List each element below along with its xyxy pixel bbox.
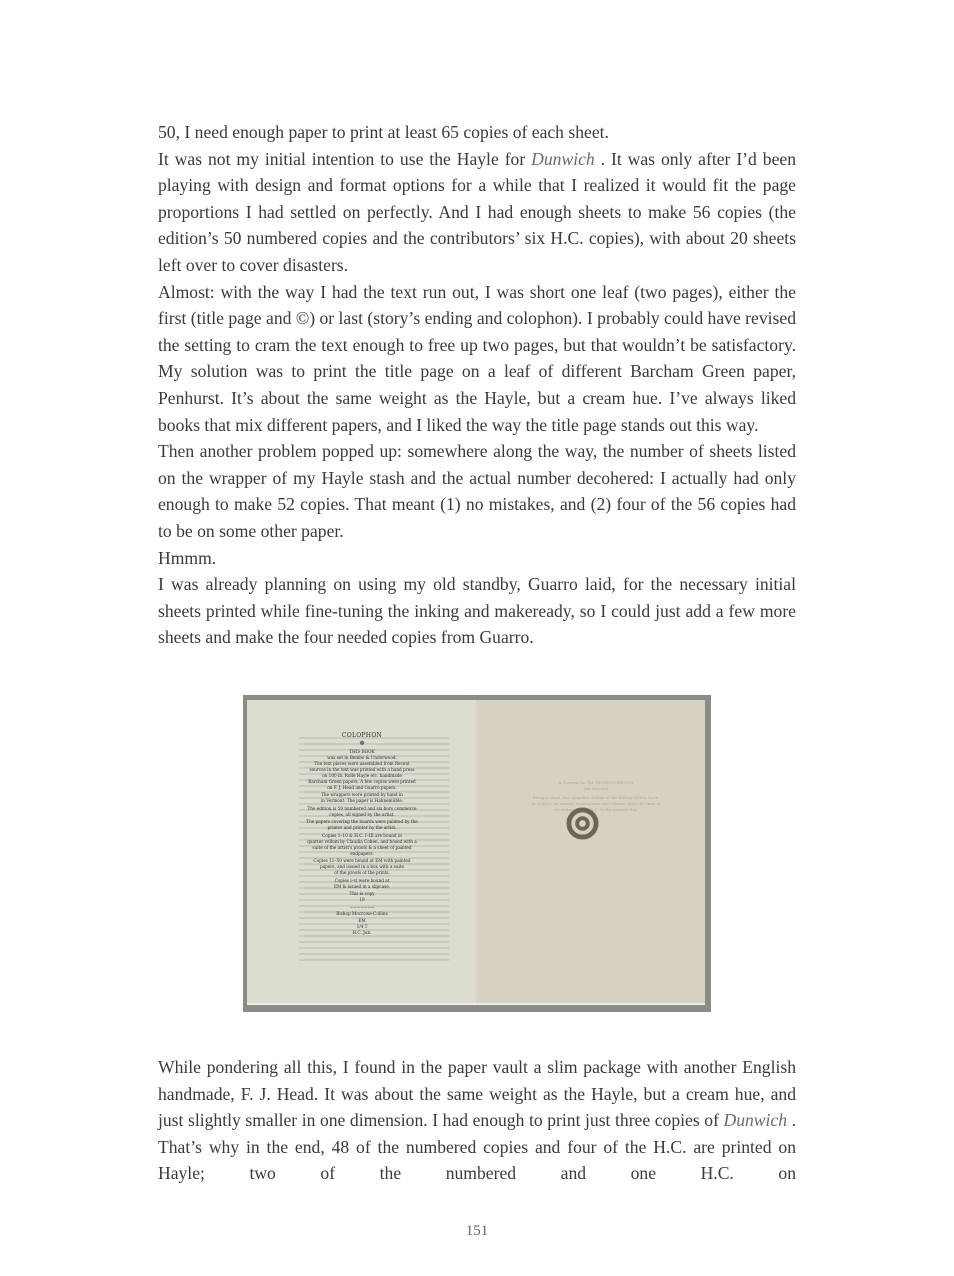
- colophon-line: in Vermont. The paper is Hahnemühle.: [287, 798, 437, 804]
- faint-line: [An Extract]: [526, 786, 666, 792]
- paragraph-text: While pondering all this, I found in the…: [158, 1057, 796, 1130]
- book-spread-photo: COLOPHON ❁ THIS BOOK was set in Bembo & …: [243, 695, 711, 1012]
- colophon-line: on F. J. Head and Guarro papers.: [287, 785, 437, 791]
- paragraph: I was already planning on using my old s…: [158, 571, 796, 651]
- colophon-line: of the proofs of the prints.: [287, 870, 437, 876]
- book-title: Dunwich: [531, 149, 595, 169]
- paragraph: Then another problem popped up: somewher…: [158, 438, 796, 544]
- copy-number: 19: [287, 897, 437, 903]
- colophon-page: COLOPHON ❁ THIS BOOK was set in Bembo & …: [247, 700, 476, 1005]
- body-text-top: 50, I need enough paper to print at leas…: [158, 119, 796, 651]
- fleuron-icon: ❁: [287, 741, 437, 747]
- colophon-line: copies, all signed by the artist.: [287, 812, 437, 818]
- ornament-page: A Parvum On The NECRONOMICON [An Extract…: [476, 700, 705, 1005]
- colophon-line: sources in the text was printed with a h…: [287, 767, 437, 773]
- target-ornament-icon: [566, 807, 599, 840]
- paragraph: It was not my initial intention to use t…: [158, 146, 796, 279]
- book-title: Dunwich: [724, 1110, 788, 1130]
- colophon: COLOPHON ❁ THIS BOOK was set in Bembo & …: [287, 733, 437, 936]
- signature-name: Bishop Mocrowe-Collins: [287, 911, 437, 917]
- paragraph-text: It was not my initial intention to use t…: [158, 149, 531, 169]
- colophon-line: quarter vellum by Claudia Cohen, and box…: [287, 839, 437, 845]
- paragraph: Almost: with the way I had the text run …: [158, 279, 796, 439]
- colophon-line: Barcham Green papers. A few copies were …: [287, 779, 437, 785]
- colophon-line: EM & issued in a slipcase.: [287, 884, 437, 890]
- body-text-bottom: While pondering all this, I found in the…: [158, 1054, 796, 1187]
- page-number: 151: [0, 1223, 954, 1240]
- colophon-heading: COLOPHON: [287, 733, 437, 739]
- colophon-line: printer and printer by the artist.: [287, 825, 437, 831]
- handwritten-note: H.C. Jun.: [287, 930, 437, 936]
- paragraph: Hmmm.: [158, 545, 796, 572]
- colophon-line: endpapers.: [287, 851, 437, 857]
- paragraph: 50, I need enough paper to print at leas…: [158, 119, 796, 146]
- paragraph: While pondering all this, I found in the…: [158, 1054, 796, 1187]
- colophon-line: The edition is 50 numbered and six hors …: [287, 806, 437, 812]
